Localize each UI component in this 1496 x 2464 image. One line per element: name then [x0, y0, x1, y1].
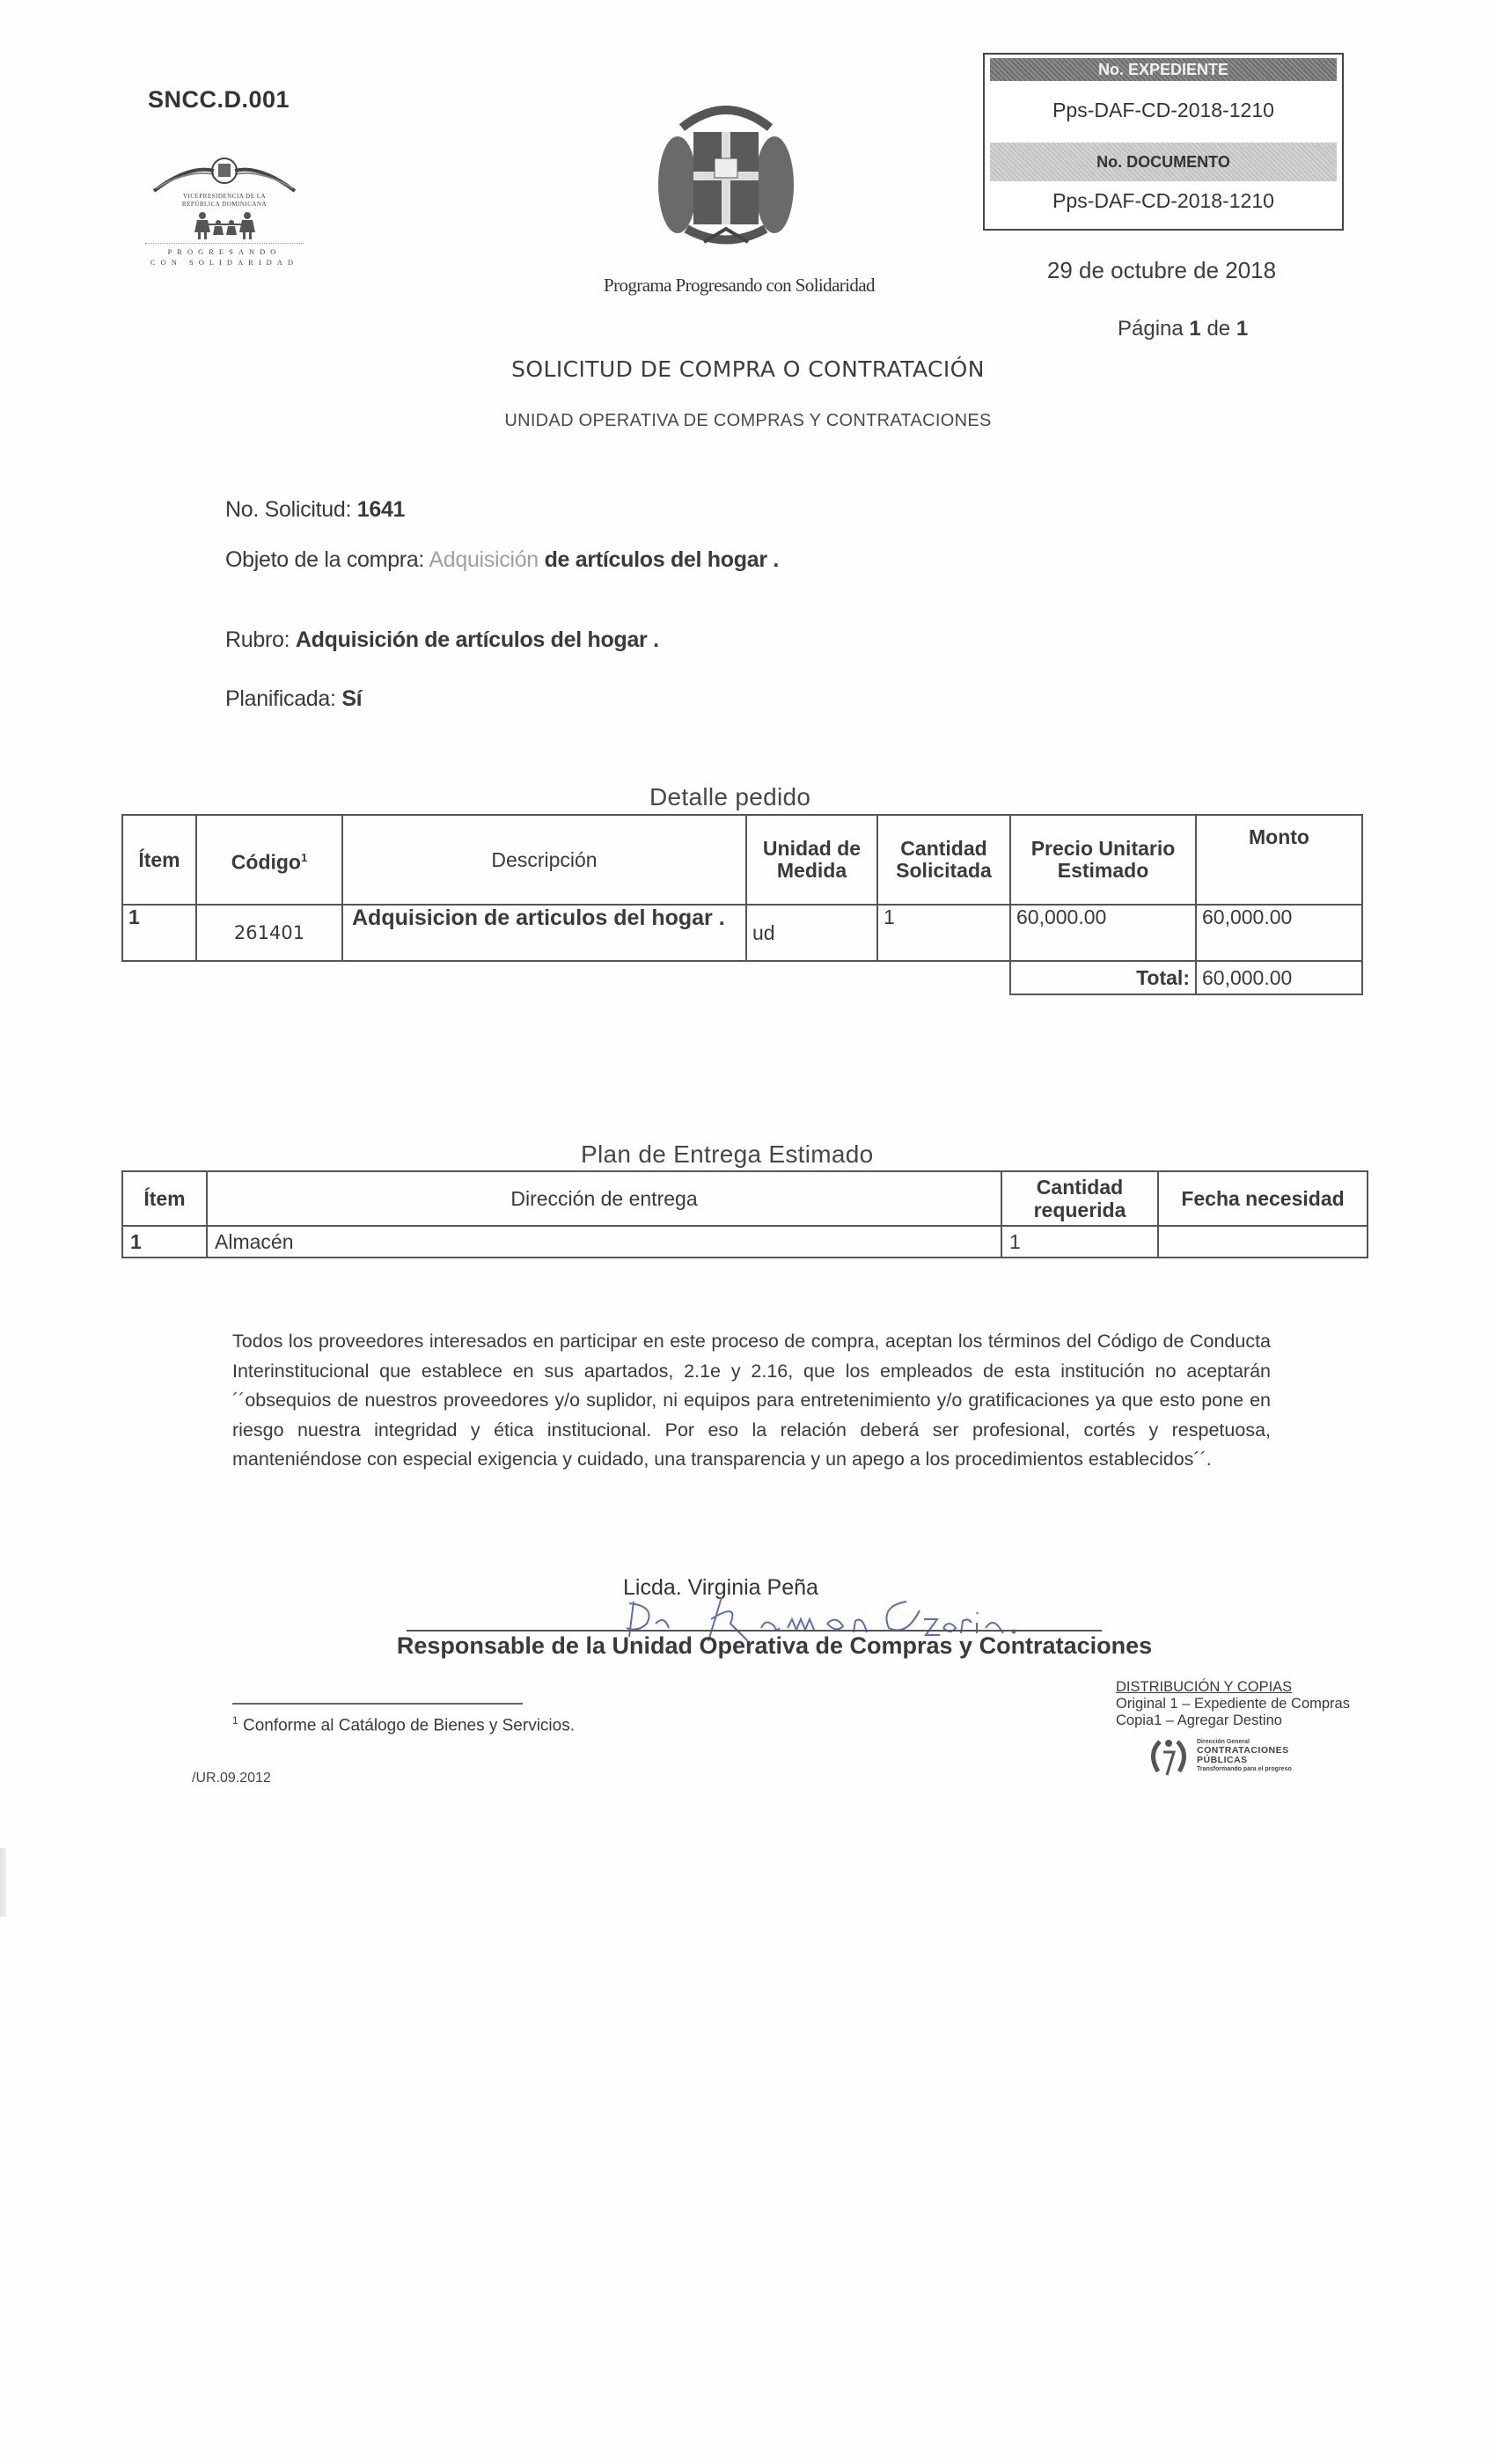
total-label: Total:: [1010, 961, 1196, 994]
col-fecha-necesidad: Fecha necesidad: [1158, 1171, 1368, 1226]
plan-title: Plan de Entrega Estimado: [581, 1140, 874, 1169]
cell-monto: 60,000.00: [1196, 905, 1362, 961]
vp-logo-line1: VICEPRESIDENCIA DE LA: [183, 193, 266, 200]
distribution-block: DISTRIBUCIÓN Y COPIAS Original 1 – Exped…: [1116, 1679, 1350, 1729]
cell-item: 1: [122, 1226, 207, 1258]
expediente-box: No. EXPEDIENTE Pps-DAF-CD-2018-1210 No. …: [983, 53, 1344, 231]
col-direccion: Dirección de entrega: [207, 1171, 1001, 1226]
dgcp-logo: Dirección General CONTRATACIONES PÚBLICA…: [1144, 1736, 1320, 1780]
page-number: Página 1 de 1: [1118, 317, 1248, 341]
distribution-line: Copia1 – Agregar Destino: [1116, 1712, 1350, 1729]
expediente-label: No. EXPEDIENTE: [990, 58, 1337, 81]
vp-logo-line2: REPÚBLICA DOMINICANA: [182, 201, 267, 208]
form-version: /UR.09.2012: [192, 1771, 271, 1786]
cell-unidad: ud: [746, 905, 877, 961]
field-solicitud: No. Solicitud: 1641: [225, 497, 405, 523]
col-cantidad: Cantidad Solicitada: [877, 815, 1010, 905]
field-rubro: Rubro: Adquisición de artículos del hoga…: [225, 627, 659, 653]
distribution-line: Original 1 – Expediente de Compras: [1116, 1696, 1350, 1712]
cell-precio: 60,000.00: [1010, 905, 1196, 961]
expediente-value: Pps-DAF-CD-2018-1210: [985, 99, 1342, 122]
planificada-value: Sí: [341, 686, 362, 711]
col-item: Ítem: [122, 1171, 207, 1226]
col-codigo: Código1: [196, 815, 342, 905]
cell-cantidad: 1: [877, 905, 1010, 961]
cell-descripcion: Adquisicion de articulos del hogar .: [342, 905, 746, 961]
total-row: Total: 60,000.00: [122, 961, 1362, 994]
col-precio: Precio Unitario Estimado: [1010, 815, 1196, 905]
total-spacer: [122, 961, 1010, 994]
detalle-title: Detalle pedido: [649, 783, 810, 811]
planificada-label: Planificada:: [225, 686, 336, 711]
vicepresidencia-logo: VICEPRESIDENCIA DE LAREPÚBLICA DOMINICAN…: [145, 151, 304, 275]
col-item: Ítem: [122, 815, 196, 905]
codigo-footnote-marker: 1: [301, 851, 307, 864]
signer-role: Responsable de la Unidad Operativa de Co…: [370, 1632, 1179, 1660]
vp-logo-line4: CON SOLIDARIDAD: [150, 258, 298, 267]
field-objeto: Objeto de la compra: Adquisición de artí…: [225, 547, 779, 573]
rubro-label: Rubro:: [225, 627, 290, 652]
logo-divider: [145, 243, 304, 244]
cell-fecha: [1158, 1226, 1368, 1258]
footnote-text: Conforme al Catálogo de Bienes y Servici…: [243, 1716, 575, 1734]
cell-item: 1: [122, 905, 196, 961]
document-date: 29 de octubre de 2018: [1012, 257, 1311, 284]
page-total: 1: [1236, 317, 1248, 341]
field-planificada: Planificada: Sí: [225, 686, 362, 712]
solicitud-value: 1641: [357, 497, 405, 522]
document-title: SOLICITUD DE COMPRA O CONTRATACIÓN: [352, 356, 1144, 382]
footnote-marker: 1: [232, 1714, 238, 1727]
page-prefix: Página: [1118, 317, 1184, 341]
objeto-value-light: Adquisición: [429, 547, 539, 572]
program-name: Programa Progresando con Solidaridad: [563, 275, 915, 297]
dgcp-emblem-icon: [1144, 1736, 1193, 1778]
plan-table: Ítem Dirección de entrega Cantidad reque…: [121, 1170, 1368, 1258]
coat-arc-icon: [145, 151, 304, 195]
rubro-value: Adquisición de artículos del hogar .: [296, 627, 659, 652]
total-value: 60,000.00: [1196, 961, 1362, 994]
signature-line: [407, 1630, 1102, 1632]
vp-logo-line3: PROGRESANDO: [168, 247, 282, 256]
table-row: 1 Almacén 1: [122, 1226, 1368, 1258]
dgcp-line3: PÚBLICAS: [1197, 1756, 1292, 1765]
detalle-header-row: Ítem Código1 Descripción Unidad de Medid…: [122, 815, 1362, 905]
cell-direccion: Almacén: [207, 1226, 1001, 1258]
documento-label: No. DOCUMENTO: [990, 143, 1337, 181]
col-unidad: Unidad de Medida: [746, 815, 877, 905]
coat-of-arms-logo: [651, 97, 801, 260]
conduct-paragraph: Todos los proveedores interesados en par…: [232, 1327, 1271, 1475]
distribution-heading: DISTRIBUCIÓN Y COPIAS: [1116, 1679, 1350, 1696]
footnote: 1 Conforme al Catálogo de Bienes y Servi…: [232, 1714, 575, 1735]
cell-codigo: 261401: [196, 905, 342, 961]
cell-cantidad: 1: [1001, 1226, 1158, 1258]
family-figures-icon: [194, 211, 257, 241]
table-row: 1 261401 Adquisicion de articulos del ho…: [122, 905, 1362, 961]
document-subtitle: UNIDAD OPERATIVA DE COMPRAS Y CONTRATACI…: [352, 411, 1144, 431]
form-code: SNCC.D.001: [148, 86, 290, 114]
objeto-value: de artículos del hogar .: [545, 547, 779, 572]
documento-value: Pps-DAF-CD-2018-1210: [985, 189, 1342, 213]
dgcp-line4: Transformando para el progreso: [1197, 1765, 1292, 1773]
col-cantidad-requerida: Cantidad requerida: [1001, 1171, 1158, 1226]
plan-header-row: Ítem Dirección de entrega Cantidad reque…: [122, 1171, 1368, 1226]
page-current: 1: [1189, 317, 1200, 341]
col-monto: Monto: [1196, 815, 1362, 905]
detalle-table: Ítem Código1 Descripción Unidad de Medid…: [121, 814, 1363, 995]
coat-of-arms-icon: [651, 97, 801, 260]
solicitud-label: No. Solicitud:: [225, 497, 351, 522]
scan-edge: [0, 1848, 6, 1917]
codigo-header: Código: [231, 850, 301, 873]
page-sep: de: [1206, 317, 1230, 341]
col-descripcion: Descripción: [342, 815, 746, 905]
objeto-label: Objeto de la compra:: [225, 547, 424, 572]
footnote-divider: [232, 1703, 523, 1705]
